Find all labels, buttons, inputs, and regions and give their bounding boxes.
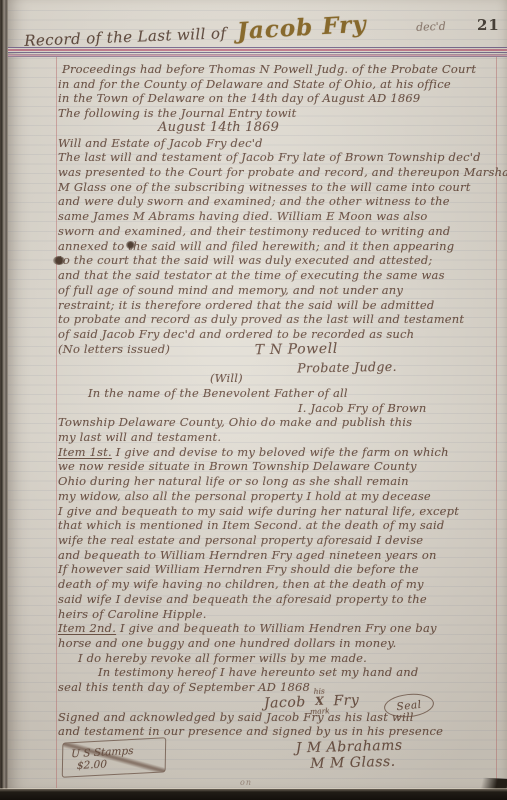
item-heading: Item 2nd. xyxy=(58,621,116,635)
bottom-page-edge xyxy=(0,789,507,800)
manuscript-line: sworn and examined, and their testimony … xyxy=(58,224,495,239)
manuscript-line: The last will and testament of Jacob Fry… xyxy=(58,150,495,165)
manuscript-line: I give and bequeath to my said wife duri… xyxy=(58,504,495,519)
manuscript-line: If however said William Herndren Fry sho… xyxy=(58,562,495,577)
ink-blot xyxy=(53,256,65,265)
manuscript-line: M Glass one of the subscribing witnesses… xyxy=(58,180,495,195)
manuscript-line: In the name of the Benevolent Father of … xyxy=(58,386,495,401)
manuscript-line: restraint; it is therefore ordered that … xyxy=(58,298,495,313)
witness-name: M M Glass. xyxy=(310,754,403,772)
manuscript-line: August 14th 1869 xyxy=(58,121,495,136)
manuscript-line: horse and one buggy and one hundred doll… xyxy=(58,636,495,651)
his-mark-annotation: his X mark xyxy=(309,686,330,716)
manuscript-line: in and for the County of Delaware and St… xyxy=(58,77,495,92)
ink-blot xyxy=(126,241,135,249)
manuscript-line: Item 2nd. I give and bequeath to William… xyxy=(58,621,495,636)
signature-first-name: Jacob xyxy=(264,694,306,711)
manuscript-line: to probate and record as duly proved as … xyxy=(58,312,495,327)
judge-signature: T N Powell Probate Judge. xyxy=(255,340,397,376)
manuscript-line: Ohio during her natural life or so long … xyxy=(58,474,495,489)
manuscript-line: wife the real estate and personal proper… xyxy=(58,533,495,548)
manuscript-line: my widow, also all the personal property… xyxy=(58,489,495,504)
bottom-faint-mark: on xyxy=(240,778,252,787)
signature-last-name: Fry xyxy=(333,692,359,709)
manuscript-line: and bequeath to William Herndren Fry age… xyxy=(58,548,495,563)
manuscript-line: same James M Abrams having died. William… xyxy=(58,209,495,224)
manuscript-line: of said Jacob Fry dec'd and ordered to b… xyxy=(58,327,495,342)
witness-signatures: J M Abrahams M M Glass. xyxy=(296,738,404,773)
judge-title: Probate Judge. xyxy=(297,359,397,376)
manuscript-line: and that the said testator at the time o… xyxy=(58,268,495,283)
manuscript-line: In testimony hereof I have hereunto set … xyxy=(58,665,495,680)
revenue-stamp-box: U S Stamps $2.00 xyxy=(62,737,166,778)
manuscript-line: said wife I devise and bequeath the afor… xyxy=(58,592,495,607)
manuscript-line: Item 1st. I give and devise to my belove… xyxy=(58,445,495,460)
manuscript-line: we now reside situate in Brown Township … xyxy=(58,459,495,474)
ledger-photo: 21 Record of the Last will of Jacob Fry … xyxy=(0,0,507,800)
manuscript-lines: Proceedings had before Thomas N Powell J… xyxy=(58,62,495,783)
manuscript-line: that which is mentioned in Item Second. … xyxy=(58,518,495,533)
judge-name: T N Powell xyxy=(255,340,397,358)
manuscript-line: of full age of sound mind and memory, an… xyxy=(58,283,495,298)
manuscript-line: death of my wife having no children, the… xyxy=(58,577,495,592)
manuscript-line: was presented to the Court for probate a… xyxy=(58,165,495,180)
mark-label: mark xyxy=(310,706,330,716)
testator-signature: Jacob his X mark Fry xyxy=(264,685,360,717)
item-heading: Item 1st. xyxy=(58,445,112,459)
title-deceased-abbrev: dec'd xyxy=(416,20,446,34)
manuscript-line: Proceedings had before Thomas N Powell J… xyxy=(58,62,495,77)
left-margin-line xyxy=(56,57,57,788)
stamp-cross-line xyxy=(63,738,165,776)
manuscript-line: Township Delaware County, Ohio do make a… xyxy=(58,415,495,430)
manuscript-line: and testament in our presence and signed… xyxy=(58,724,495,739)
manuscript-line: The following is the Journal Entry towit xyxy=(58,106,495,121)
manuscript-line: annexed to the said will and filed herew… xyxy=(58,239,495,254)
manuscript-line: to the court that the said will was duly… xyxy=(58,253,495,268)
seal-label: Seal xyxy=(396,698,422,713)
manuscript-line: heirs of Caroline Hipple. xyxy=(58,607,495,622)
manuscript-line: I do hereby revoke all former wills by m… xyxy=(58,651,495,666)
manuscript-line: I. Jacob Fry of Brown xyxy=(58,401,495,416)
manuscript-line: Will and Estate of Jacob Fry dec'd xyxy=(58,136,495,151)
manuscript-line: and were duly sworn and examined; and th… xyxy=(58,194,495,209)
manuscript-line: my last will and testament. xyxy=(58,430,495,445)
manuscript-line: in the Town of Delaware on the 14th day … xyxy=(58,91,495,106)
